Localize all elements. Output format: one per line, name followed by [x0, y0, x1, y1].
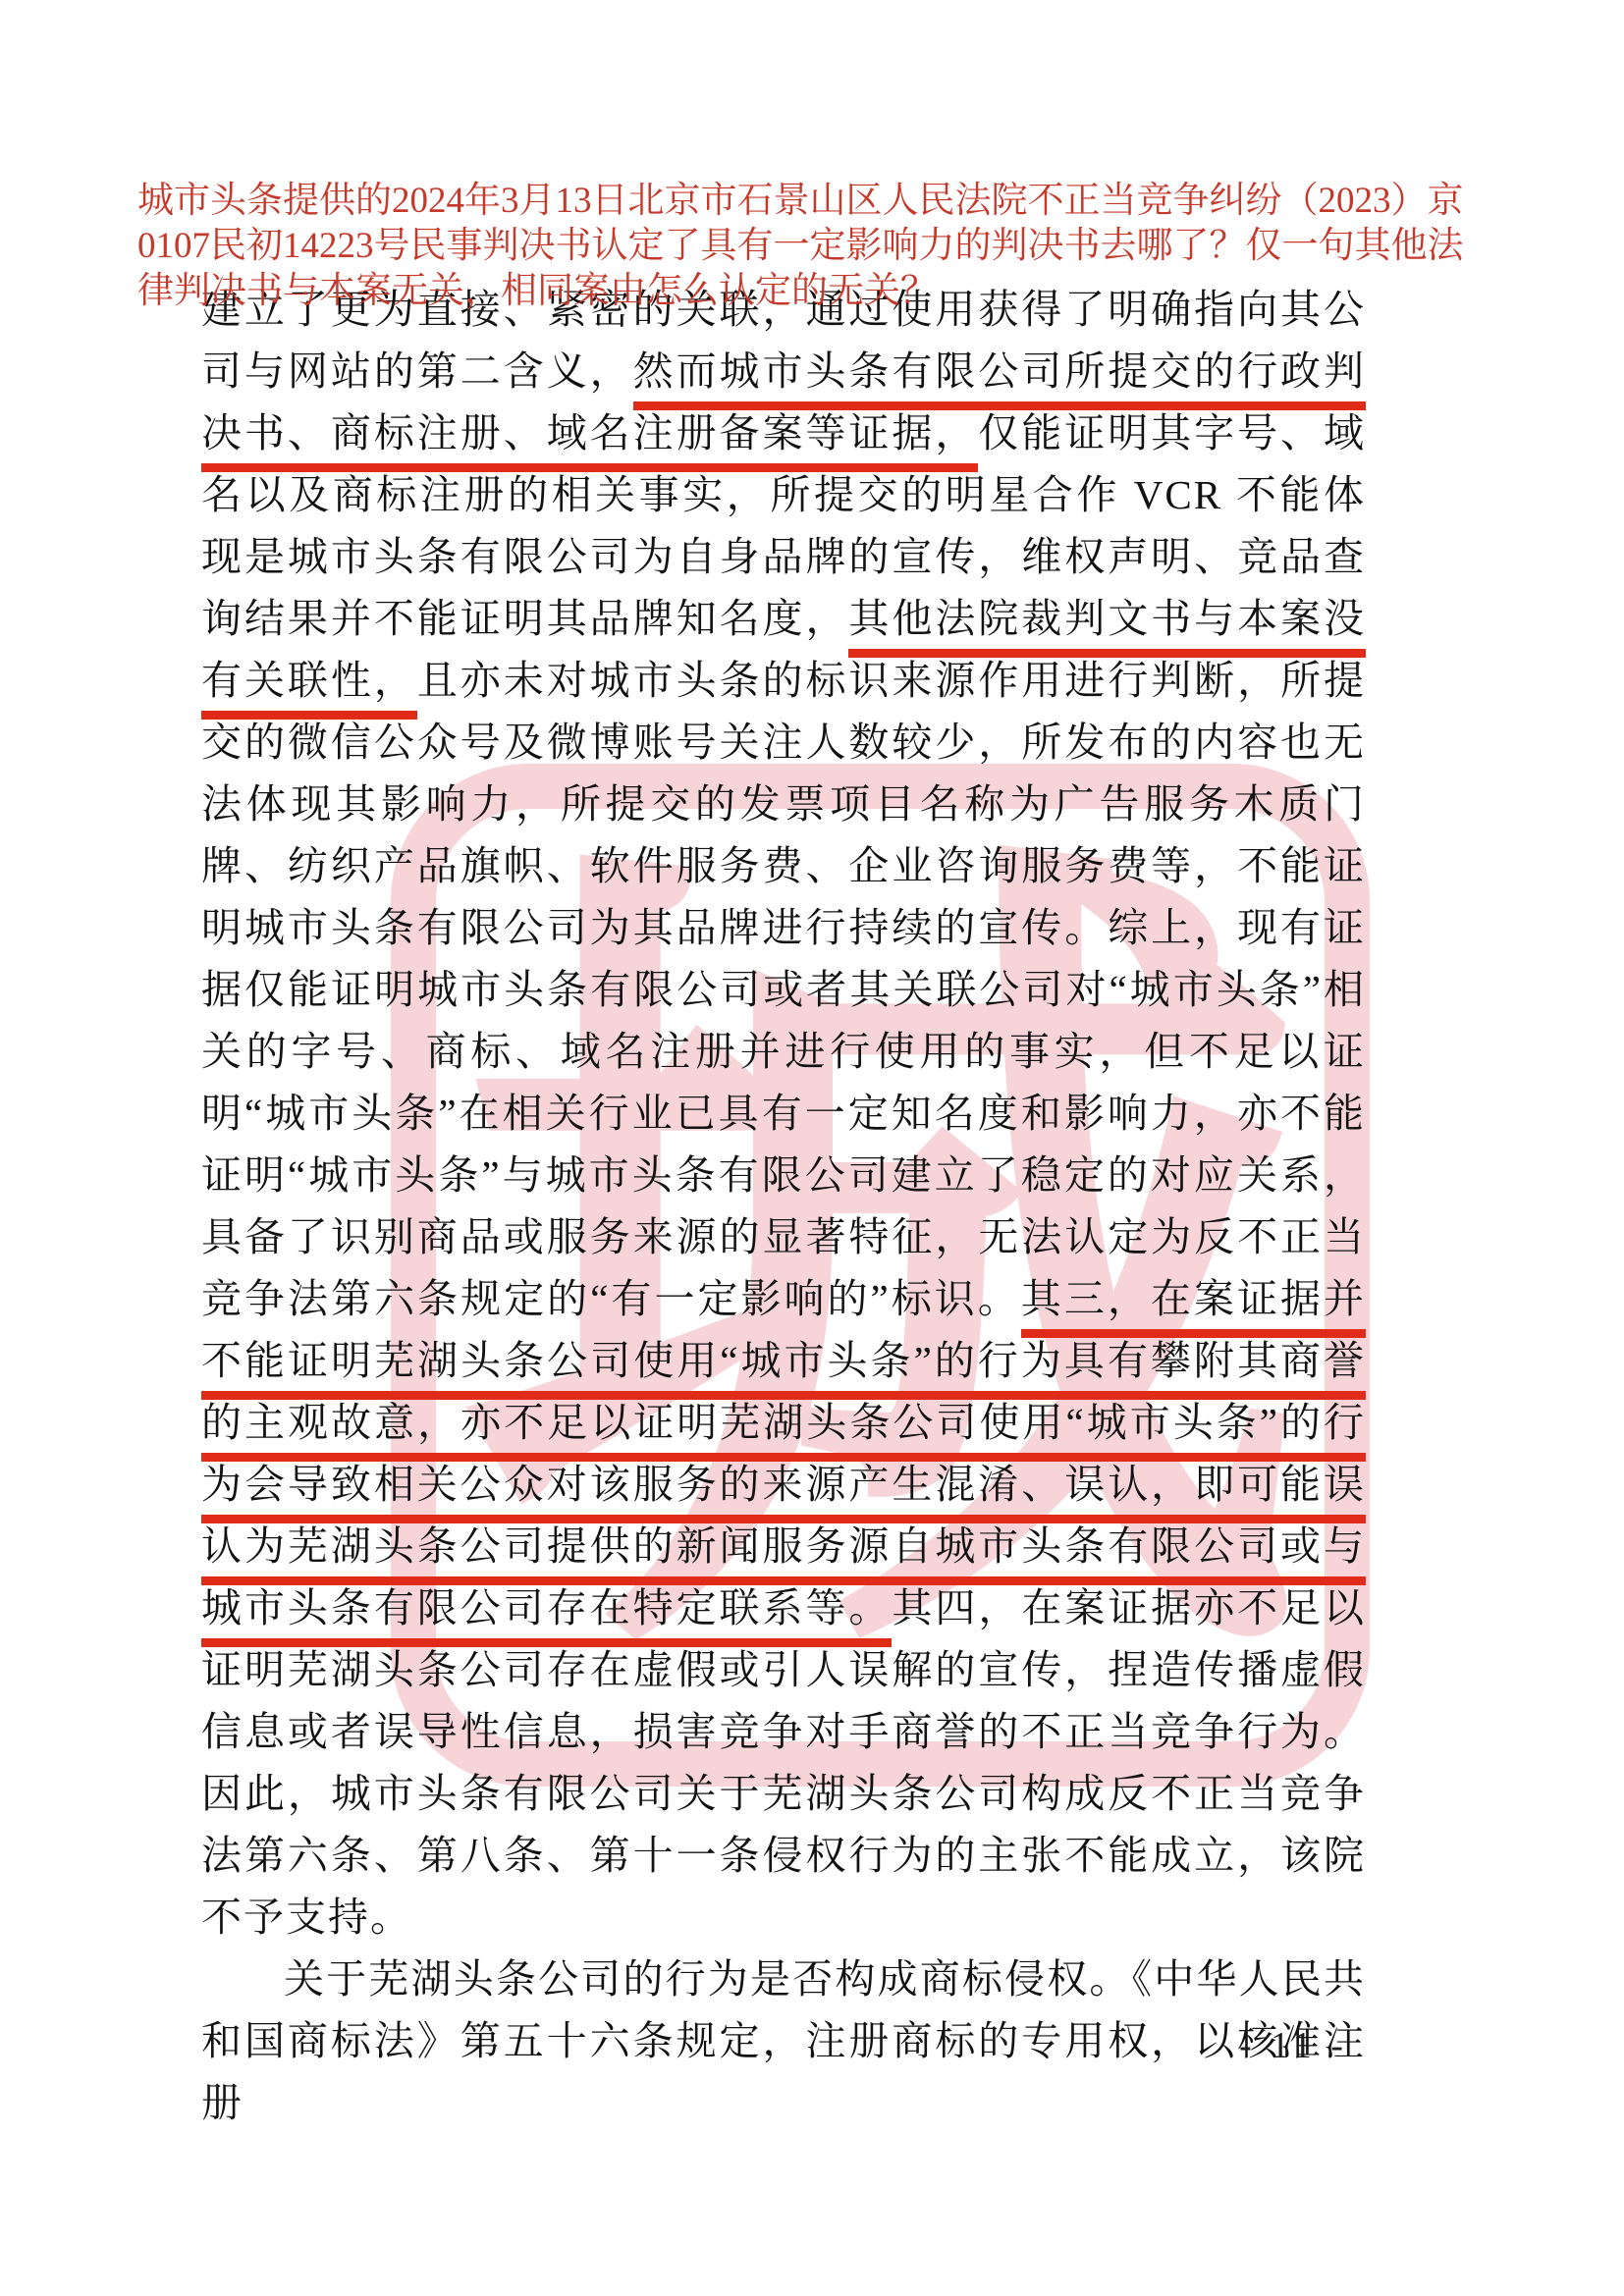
annotation-note: 城市头条提供的2024年3月13日北京市石景山区人民法院不正当竞争纠纷（2023…	[137, 179, 1524, 314]
paragraph: 关于芜湖头条公司的行为是否构成商标侵权。《中华人民共和国商标法》第五十六条规定，…	[201, 1949, 1366, 2134]
annotation-line: 律判决书与本案无关，相同案由怎么认定的无关？	[137, 269, 1524, 314]
text-segment: 关于芜湖头条公司的行为是否构成商标侵权。《中华人民共和国商标法》第五十六条规定，…	[201, 1956, 1366, 2125]
judgment-text: 建立了更为直接、紧密的关联，通过使用获得了明确指向其公司与网站的第二含义，然而城…	[201, 279, 1366, 2134]
paragraph: 建立了更为直接、紧密的关联，通过使用获得了明确指向其公司与网站的第二含义，然而城…	[201, 279, 1366, 1949]
annotation-line: 0107民初14223号民事判决书认定了具有一定影响力的判决书去哪了？仅一句其他…	[137, 224, 1524, 269]
text-segment: 且亦未对城市头条的标识来源作用进行判断，所提交的微信公众号及微博账号关注人数较少…	[201, 658, 1366, 1321]
annotation-line: 城市头条提供的2024年3月13日北京市石景山区人民法院不正当竞争纠纷（2023…	[137, 179, 1524, 224]
page-number: - 11 -	[1239, 2024, 1348, 2067]
text-segment: 其四，在案证据亦不足以证明芜湖头条公司存在虚假或引人误解的宣传，捏造传播虚假信息…	[201, 1585, 1366, 1940]
document-page: 城 城市头条提供的2024年3月13日北京市石景山区人民法院不正当竞争纠纷（20…	[0, 0, 1624, 2296]
